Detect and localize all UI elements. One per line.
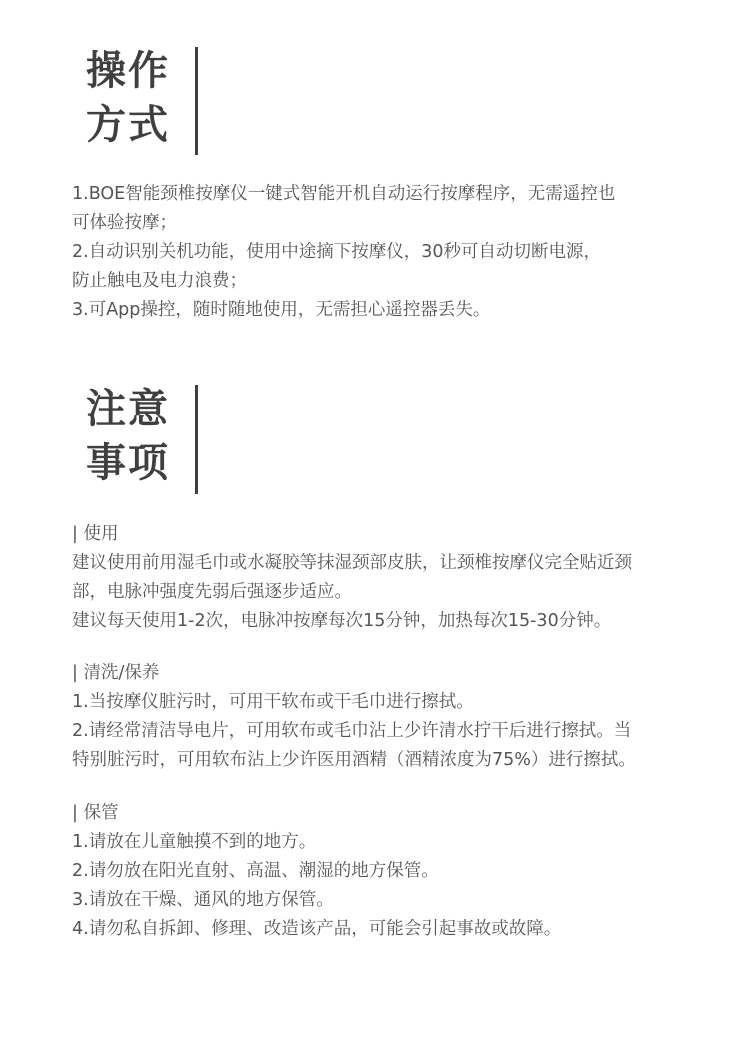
storage-line: 4.请勿私自拆卸、修理、改造该产品，可能会引起事故或故障。 [72,915,692,944]
notes-heading-line-1: 注意 [86,382,198,436]
operation-heading-line-1: 操作 [86,44,198,98]
notes-heading: 注意 事项 [86,382,198,490]
storage-section: | 保管 1.请放在儿童触摸不到的地方。 2.请勿放在阳光直射、高温、潮湿的地方… [72,799,692,944]
operation-line: 1.BOE智能颈椎按摩仪一键式智能开机自动运行按摩程序，无需遥控也 [72,180,692,209]
heading-divider-bar [195,385,198,494]
operation-description: 1.BOE智能颈椎按摩仪一键式智能开机自动运行按摩程序，无需遥控也 可体验按摩；… [72,180,692,325]
heading-divider-bar [195,47,198,155]
operation-line: 可体验按摩； [72,209,692,238]
operation-line: 防止触电及电力浪费； [72,267,692,296]
operation-line: 3.可App操控，随时随地使用，无需担心遥控器丢失。 [72,296,692,325]
operation-line: 2.自动识别关机功能，使用中途摘下按摩仪，30秒可自动切断电源， [72,238,692,267]
cleaning-line: 1.当按摩仪脏污时，可用干软布或干毛巾进行擦拭。 [72,688,692,717]
usage-line: 建议每天使用1-2次，电脉冲按摩每次15分钟，加热每次15-30分钟。 [72,607,692,636]
cleaning-line: 特别脏污时，可用软布沾上少许医用酒精（酒精浓度为75%）进行擦拭。 [72,746,692,775]
usage-section: | 使用 建议使用前用湿毛巾或水凝胶等抹湿颈部皮肤，让颈椎按摩仪完全贴近颈 部，… [72,520,692,636]
cleaning-subtitle: | 清洗/保养 [72,659,692,688]
storage-line: 3.请放在干燥、通风的地方保管。 [72,886,692,915]
storage-line: 2.请勿放在阳光直射、高温、潮湿的地方保管。 [72,857,692,886]
cleaning-section: | 清洗/保养 1.当按摩仪脏污时，可用干软布或干毛巾进行擦拭。 2.请经常清洁… [72,659,692,775]
operation-heading: 操作 方式 [86,44,198,152]
operation-heading-line-2: 方式 [86,98,198,152]
usage-line: 建议使用前用湿毛巾或水凝胶等抹湿颈部皮肤，让颈椎按摩仪完全贴近颈 [72,549,692,578]
notes-heading-line-2: 事项 [86,436,198,490]
usage-line: 部，电脉冲强度先弱后强逐步适应。 [72,578,692,607]
usage-subtitle: | 使用 [72,520,692,549]
cleaning-line: 2.请经常清洁导电片，可用软布或毛巾沾上少许清水拧干后进行擦拭。当 [72,717,692,746]
storage-line: 1.请放在儿童触摸不到的地方。 [72,828,692,857]
storage-subtitle: | 保管 [72,799,692,828]
